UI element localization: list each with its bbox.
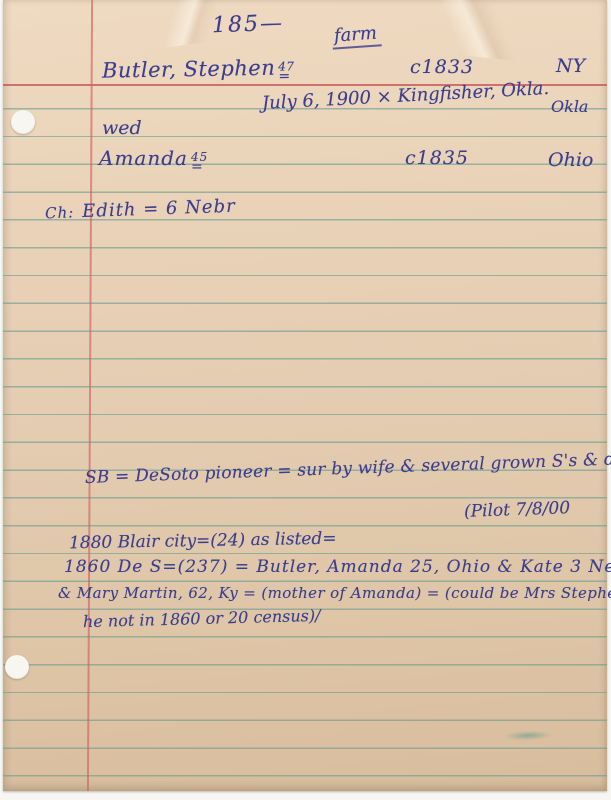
head-birth-year: c1833: [410, 56, 474, 78]
head-marriage-mark: =: [278, 72, 290, 84]
head-name: Butler, Stephen: [102, 56, 276, 83]
wed-label: wed: [102, 117, 142, 139]
spouse-name: Amanda: [99, 146, 188, 170]
spouse-name-line: Amanda45=: [99, 146, 208, 174]
page-number: 185—: [212, 11, 285, 38]
head-death-state: Okla: [551, 97, 588, 116]
spouse-birth-place: Ohio: [548, 149, 593, 171]
note-source-pilot: (Pilot 7/8/00: [464, 498, 571, 522]
hole-punch-top: [11, 110, 35, 134]
spouse-birth-year: c1835: [405, 147, 469, 169]
spouse-age-marriage-mark: 45=: [191, 152, 208, 174]
head-age-marriage-mark: 47=: [278, 61, 295, 83]
spouse-marriage-mark: =: [191, 162, 204, 174]
occupation-note: farm: [331, 22, 382, 49]
head-name-line: Butler, Stephen47=: [102, 55, 295, 86]
note-1860-census: 1860 De S=(237) = Butler, Amanda 25, Ohi…: [64, 557, 611, 577]
ink-smudge: [504, 730, 552, 741]
hole-punch-bottom: [5, 655, 29, 679]
scanned-notebook-page: 185— farm Butler, Stephen47= c1833 NY Ju…: [0, 0, 611, 800]
note-mary-martin: & Mary Martin, 62, Ky = (mother of Amand…: [58, 584, 611, 602]
children-label: Ch:: [45, 203, 75, 222]
head-birth-place: NY: [556, 55, 585, 77]
